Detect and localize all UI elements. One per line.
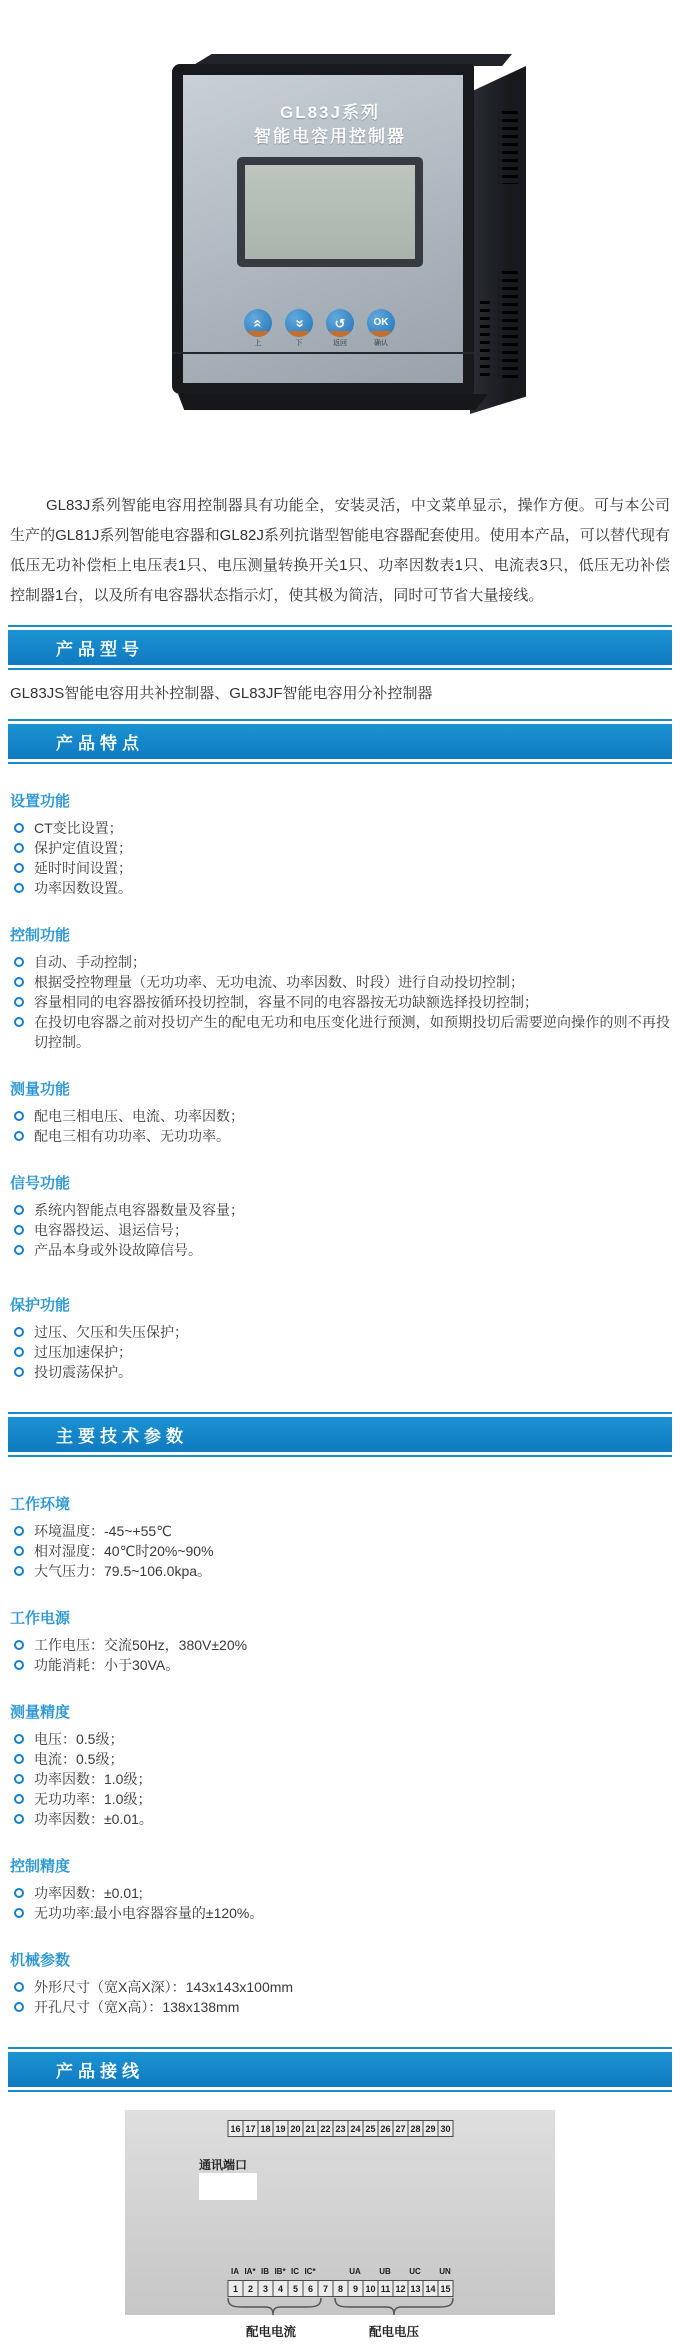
bullet-list: CT变比设置；保护定值设置；延时时间设置；功率因数设置。 <box>10 818 670 898</box>
terminal-label: IC <box>288 2266 303 2278</box>
feature-group-control: 控制功能 自动、手动控制；根据受控物理量（无功功率、无功电流、功率因数、时段）进… <box>10 924 670 1052</box>
bullet-item-text: 过压、欠压和失压保护； <box>34 1322 188 1342</box>
device-button-row: 上 下 返回 <box>244 309 395 348</box>
current-group-brace <box>228 2298 321 2315</box>
terminal-row-top: 161718192021222324252627282930 <box>228 2120 453 2137</box>
bullet-item-text: 无功功率:最小电容器容量的±120%。 <box>34 1903 263 1923</box>
terminal-cell: 4 <box>273 2280 289 2297</box>
bullet-item: 在投切电容器之前对投切产生的配电无功和电压变化进行预测，如预期投切后需要逆向操作… <box>10 1012 670 1052</box>
bullet-item: 电流：0.5级； <box>10 1749 670 1769</box>
divider-line <box>8 2090 672 2092</box>
feature-group-protect: 保护功能 过压、欠压和失压保护；过压加速保护；投切震荡保护。 <box>10 1294 670 1382</box>
bullet-item: 功能消耗：小于30VA。 <box>10 1655 670 1675</box>
voltage-group-brace <box>335 2298 453 2315</box>
bullet-icon <box>14 843 24 853</box>
ok-icon: OK <box>374 318 389 328</box>
bullet-item: 投切震荡保护。 <box>10 1362 670 1382</box>
bullet-item-text: 自动、手动控制； <box>34 952 146 972</box>
section-title-text: 产品型号 <box>56 640 144 659</box>
bullet-item-text: 功率因数：±0.01; <box>34 1883 143 1903</box>
divider-line <box>8 719 672 721</box>
terminal-label: IA <box>228 2266 243 2278</box>
bullet-item-text: 产品本身或外设故障信号。 <box>34 1240 202 1260</box>
bullet-item-text: 环境温度：-45~+55℃ <box>34 1521 172 1541</box>
bullet-item-text: 外形尺寸（宽X高X深）：143x143x100mm <box>34 1977 293 1997</box>
section-title-text: 产品接线 <box>56 2062 144 2081</box>
terminal-cell: 23 <box>333 2120 349 2137</box>
bullet-list: 电压：0.5级；电流：0.5级；功率因数：1.0级；无功功率：1.0级；功率因数… <box>10 1729 670 1829</box>
terminal-cell: 14 <box>423 2280 439 2297</box>
section-title-text: 产品特点 <box>56 734 144 753</box>
bullet-item-text: 无功功率：1.0级； <box>34 1789 151 1809</box>
group-braces <box>125 2297 555 2323</box>
terminal-cell: 10 <box>363 2280 379 2297</box>
bullet-item-text: 过压加速保护； <box>34 1342 132 1362</box>
bullet-item-text: 功率因数：1.0级； <box>34 1769 151 1789</box>
down-button <box>285 309 313 337</box>
intro-paragraph: GL83J系列智能电容用控制器具有功能全，安装灵活，中文菜单显示，操作方便。可与… <box>10 491 670 611</box>
bullet-item: 功率因数设置。 <box>10 878 670 898</box>
bullet-item-text: 根据受控物理量（无功功率、无功电流、功率因数、时段）进行自动投切控制； <box>34 972 524 992</box>
bullet-item: 开孔尺寸（宽X高）：138x138mm <box>10 1997 670 2017</box>
section-title-features: 产品特点 <box>8 724 672 759</box>
up-button <box>244 309 272 337</box>
down-button-label: 下 <box>285 340 313 348</box>
terminal-cell: 15 <box>438 2280 454 2297</box>
tech-group-measure-accuracy: 测量精度 电压：0.5级；电流：0.5级；功率因数：1.0级；无功功率：1.0级… <box>10 1701 670 1829</box>
device-return-button: 返回 <box>326 309 354 348</box>
bullet-item-text: 配电三相有功功率、无功功率。 <box>34 1126 230 1146</box>
bullet-icon <box>14 1640 24 1650</box>
bullet-item-text: 容量相同的电容器按循环投切控制，容量不同的电容器按无功缺额选择投切控制； <box>34 992 538 1012</box>
section-title-model: 产品型号 <box>8 630 672 665</box>
bullet-item: 系统内智能点电容器数量及容量； <box>10 1200 670 1220</box>
current-group-label: 配电电流 <box>246 2322 296 2340</box>
group-title: 机械参数 <box>10 1949 670 1970</box>
group-title: 工作环境 <box>10 1493 670 1514</box>
terminal-cell: 16 <box>228 2120 244 2137</box>
return-button-label: 返回 <box>326 340 354 348</box>
bullet-item-text: 系统内智能点电容器数量及容量； <box>34 1200 244 1220</box>
device-front-bezel: GL83J系列 智能电容用控制器 上 <box>172 64 474 394</box>
section-header-wiring: 产品接线 <box>8 2047 672 2092</box>
group-title: 保护功能 <box>10 1294 670 1315</box>
product-photo: GL83J系列 智能电容用控制器 上 <box>0 0 680 465</box>
bullet-list: 配电三相电压、电流、功率因数；配电三相有功功率、无功功率。 <box>10 1106 670 1146</box>
bullet-icon <box>14 1205 24 1215</box>
model-text: GL83JS智能电容用共补控制器、GL83JF智能电容用分补控制器 <box>10 682 670 703</box>
bullet-icon <box>14 1131 24 1141</box>
bullet-icon <box>14 1367 24 1377</box>
terminal-label: UC <box>408 2266 423 2278</box>
bullet-item-text: 电容器投运、退运信号； <box>34 1220 188 1240</box>
bullet-item-text: 电流：0.5级； <box>34 1749 123 1769</box>
panel-divider-line <box>172 352 474 354</box>
feature-group-settings: 设置功能 CT变比设置；保护定值设置；延时时间设置；功率因数设置。 <box>10 790 670 898</box>
terminal-cell: 21 <box>303 2120 319 2137</box>
divider-line <box>8 668 672 670</box>
terminal-cell: 17 <box>243 2120 259 2137</box>
comm-port-label: 通讯端口 <box>199 2156 247 2173</box>
feature-group-measure: 测量功能 配电三相电压、电流、功率因数；配电三相有功功率、无功功率。 <box>10 1078 670 1146</box>
bullet-item: 电压：0.5级； <box>10 1729 670 1749</box>
terminal-cell: 24 <box>348 2120 364 2137</box>
group-title: 测量精度 <box>10 1701 670 1722</box>
bullet-item: 功率因数：±0.01。 <box>10 1809 670 1829</box>
divider-line <box>8 2047 672 2049</box>
terminal-label: UB <box>378 2266 393 2278</box>
bullet-item: 自动、手动控制； <box>10 952 670 972</box>
terminal-label: UN <box>438 2266 453 2278</box>
bullet-item: 无功功率：1.0级； <box>10 1789 670 1809</box>
group-title: 测量功能 <box>10 1078 670 1099</box>
terminal-label <box>393 2266 408 2278</box>
bullet-item: 外形尺寸（宽X高X深）：143x143x100mm <box>10 1977 670 1997</box>
bullet-item: 延时时间设置； <box>10 858 670 878</box>
bullet-icon <box>14 1754 24 1764</box>
terminal-label: UA <box>348 2266 363 2278</box>
chevron-double-up-icon <box>251 319 266 327</box>
device: GL83J系列 智能电容用控制器 上 <box>172 38 532 418</box>
device-title-line2: 智能电容用控制器 <box>197 125 463 149</box>
bullet-icon <box>14 883 24 893</box>
bullet-item-text: 功能消耗：小于30VA。 <box>34 1655 179 1675</box>
bullet-item-text: 保护定值设置； <box>34 838 132 858</box>
terminal-cell: 20 <box>288 2120 304 2137</box>
terminal-cell: 26 <box>378 2120 394 2137</box>
bullet-list: 自动、手动控制；根据受控物理量（无功功率、无功电流、功率因数、时段）进行自动投切… <box>10 952 670 1052</box>
group-title: 工作电源 <box>10 1607 670 1628</box>
bullet-item-text: CT变比设置； <box>34 818 123 838</box>
ok-button-label: 确认 <box>367 340 395 348</box>
vent-slots <box>480 296 490 376</box>
group-title: 控制功能 <box>10 924 670 945</box>
bullet-item-text: 功率因数：±0.01。 <box>34 1809 153 1829</box>
page: GL83J系列 智能电容用控制器 上 <box>0 0 680 2350</box>
bullet-icon <box>14 1982 24 1992</box>
bullet-list: 环境温度：-45~+55℃相对湿度：40℃时20%~90%大气压力：79.5~1… <box>10 1521 670 1581</box>
bullet-icon <box>14 1111 24 1121</box>
voltage-group-label: 配电电压 <box>369 2322 419 2340</box>
bullet-icon <box>14 1546 24 1556</box>
bullet-item: CT变比设置； <box>10 818 670 838</box>
bullet-item: 产品本身或外设故障信号。 <box>10 1240 670 1260</box>
terminal-cell: 11 <box>378 2280 394 2297</box>
device-front-panel: GL83J系列 智能电容用控制器 上 <box>183 75 463 383</box>
section-title-wiring: 产品接线 <box>8 2052 672 2087</box>
bullet-list: 工作电压：交流50Hz，380V±20%功能消耗：小于30VA。 <box>10 1635 670 1675</box>
device-bottom-edge <box>178 394 488 410</box>
bullet-icon <box>14 1566 24 1576</box>
bullet-item: 环境温度：-45~+55℃ <box>10 1521 670 1541</box>
divider-line <box>8 625 672 627</box>
bullet-item-text: 开孔尺寸（宽X高）：138x138mm <box>34 1997 239 2017</box>
bullet-icon <box>14 1814 24 1824</box>
terminal-cell: 13 <box>408 2280 424 2297</box>
bullet-icon <box>14 957 24 967</box>
bullet-item-text: 功率因数设置。 <box>34 878 132 898</box>
terminal-cell: 19 <box>273 2120 289 2137</box>
lcd-screen <box>237 157 423 267</box>
bullet-item: 功率因数：1.0级； <box>10 1769 670 1789</box>
bullet-icon <box>14 1225 24 1235</box>
group-title: 设置功能 <box>10 790 670 811</box>
divider-line <box>8 762 672 764</box>
terminal-label: IC* <box>303 2266 318 2278</box>
bullet-item: 工作电压：交流50Hz，380V±20% <box>10 1635 670 1655</box>
bullet-icon <box>14 863 24 873</box>
bullet-item-text: 在投切电容器之前对投切产生的配电无功和电压变化进行预测，如预期投切后需要逆向操作… <box>34 1012 670 1052</box>
bullet-icon <box>14 1794 24 1804</box>
device-up-button: 上 <box>244 309 272 348</box>
terminal-label: IB* <box>273 2266 288 2278</box>
device-title-line1: GL83J系列 <box>197 101 463 125</box>
terminal-cell: 3 <box>258 2280 274 2297</box>
tech-group-mechanical: 机械参数 外形尺寸（宽X高X深）：143x143x100mm开孔尺寸（宽X高）：… <box>10 1949 670 2017</box>
bullet-icon <box>14 977 24 987</box>
terminal-row-bottom: 123456789101112131415 <box>228 2280 453 2297</box>
terminal-cell: 25 <box>363 2120 379 2137</box>
bullet-list: 外形尺寸（宽X高X深）：143x143x100mm开孔尺寸（宽X高）：138x1… <box>10 1977 670 2017</box>
bullet-icon <box>14 1327 24 1337</box>
tech-group-environment: 工作环境 环境温度：-45~+55℃相对湿度：40℃时20%~90%大气压力：7… <box>10 1493 670 1581</box>
comm-port-connector <box>199 2173 257 2200</box>
bullet-icon <box>14 1734 24 1744</box>
section-header-tech: 主要技术参数 <box>8 1412 672 1457</box>
terminal-label-row: IAIA*IBIB*ICIC*UAUBUCUN <box>228 2266 453 2278</box>
section-header-model: 产品型号 <box>8 625 672 670</box>
terminal-cell: 2 <box>243 2280 259 2297</box>
bullet-icon <box>14 1888 24 1898</box>
bullet-icon <box>14 997 24 1007</box>
terminal-cell: 30 <box>438 2120 454 2137</box>
terminal-cell: 27 <box>393 2120 409 2137</box>
wiring-backplate: 161718192021222324252627282930 通讯端口 IAIA… <box>125 2110 555 2315</box>
terminal-cell: 7 <box>318 2280 334 2297</box>
bullet-item: 过压、欠压和失压保护； <box>10 1322 670 1342</box>
return-arrow-icon <box>335 317 346 330</box>
bullet-list: 系统内智能点电容器数量及容量；电容器投运、退运信号；产品本身或外设故障信号。 <box>10 1200 670 1260</box>
bullet-icon <box>14 1245 24 1255</box>
group-title: 控制精度 <box>10 1855 670 1876</box>
terminal-label: IA* <box>243 2266 258 2278</box>
divider-line <box>8 1412 672 1414</box>
device-side-panel <box>470 66 526 414</box>
bullet-item: 根据受控物理量（无功功率、无功电流、功率因数、时段）进行自动投切控制； <box>10 972 670 992</box>
bullet-icon <box>14 1908 24 1918</box>
bullet-list: 功率因数：±0.01;无功功率:最小电容器容量的±120%。 <box>10 1883 670 1923</box>
up-button-label: 上 <box>244 340 272 348</box>
terminal-cell: 1 <box>228 2280 244 2297</box>
bullet-icon <box>14 1774 24 1784</box>
bullet-item: 功率因数：±0.01; <box>10 1883 670 1903</box>
bullet-item-text: 相对湿度：40℃时20%~90% <box>34 1541 214 1561</box>
terminal-cell: 29 <box>423 2120 439 2137</box>
bullet-item-text: 延时时间设置； <box>34 858 132 878</box>
bullet-item-text: 大气压力：79.5~106.0kpa。 <box>34 1561 211 1581</box>
bullet-item: 容量相同的电容器按循环投切控制，容量不同的电容器按无功缺额选择投切控制； <box>10 992 670 1012</box>
bullet-icon <box>14 1660 24 1670</box>
bullet-item-text: 投切震荡保护。 <box>34 1362 132 1382</box>
bullet-item-text: 配电三相电压、电流、功率因数； <box>34 1106 244 1126</box>
section-header-features: 产品特点 <box>8 719 672 764</box>
bullet-icon <box>14 1526 24 1536</box>
vent-slots <box>502 106 518 184</box>
divider-line <box>8 1455 672 1457</box>
bullet-item: 大气压力：79.5~106.0kpa。 <box>10 1561 670 1581</box>
terminal-cell: 18 <box>258 2120 274 2137</box>
section-title-text: 主要技术参数 <box>56 1427 188 1446</box>
bullet-icon <box>14 2002 24 2012</box>
device-down-button: 下 <box>285 309 313 348</box>
feature-group-signal: 信号功能 系统内智能点电容器数量及容量；电容器投运、退运信号；产品本身或外设故障… <box>10 1172 670 1260</box>
bullet-item: 保护定值设置； <box>10 838 670 858</box>
bullet-item-text: 电压：0.5级； <box>34 1729 123 1749</box>
terminal-cell: 5 <box>288 2280 304 2297</box>
bullet-item: 无功功率:最小电容器容量的±120%。 <box>10 1903 670 1923</box>
terminal-label <box>318 2266 333 2278</box>
tech-group-power: 工作电源 工作电压：交流50Hz，380V±20%功能消耗：小于30VA。 <box>10 1607 670 1675</box>
terminal-label: IB <box>258 2266 273 2278</box>
section-title-tech: 主要技术参数 <box>8 1417 672 1452</box>
bullet-item: 配电三相电压、电流、功率因数； <box>10 1106 670 1126</box>
bullet-icon <box>14 1347 24 1357</box>
bullet-icon <box>14 1017 24 1027</box>
bullet-item: 相对湿度：40℃时20%~90% <box>10 1541 670 1561</box>
terminal-cell: 6 <box>303 2280 319 2297</box>
terminal-label <box>423 2266 438 2278</box>
terminal-cell: 28 <box>408 2120 424 2137</box>
terminal-cell: 22 <box>318 2120 334 2137</box>
chevron-double-down-icon <box>292 319 307 327</box>
bullet-item-text: 工作电压：交流50Hz，380V±20% <box>34 1635 247 1655</box>
terminal-label <box>363 2266 378 2278</box>
terminal-cell: 9 <box>348 2280 364 2297</box>
return-button <box>326 309 354 337</box>
terminal-label <box>333 2266 348 2278</box>
ok-button: OK <box>367 309 395 337</box>
bullet-item: 电容器投运、退运信号； <box>10 1220 670 1240</box>
tech-group-control-accuracy: 控制精度 功率因数：±0.01;无功功率:最小电容器容量的±120%。 <box>10 1855 670 1923</box>
bullet-list: 过压、欠压和失压保护；过压加速保护；投切震荡保护。 <box>10 1322 670 1382</box>
vent-slots <box>502 266 518 382</box>
terminal-cell: 12 <box>393 2280 409 2297</box>
terminal-cell: 8 <box>333 2280 349 2297</box>
device-ok-button: OK 确认 <box>367 309 395 348</box>
bullet-icon <box>14 823 24 833</box>
bullet-item: 过压加速保护； <box>10 1342 670 1362</box>
device-title: GL83J系列 智能电容用控制器 <box>197 101 463 149</box>
wiring-diagram: 161718192021222324252627282930 通讯端口 IAIA… <box>125 2110 555 2350</box>
group-title: 信号功能 <box>10 1172 670 1193</box>
bullet-item: 配电三相有功功率、无功功率。 <box>10 1126 670 1146</box>
